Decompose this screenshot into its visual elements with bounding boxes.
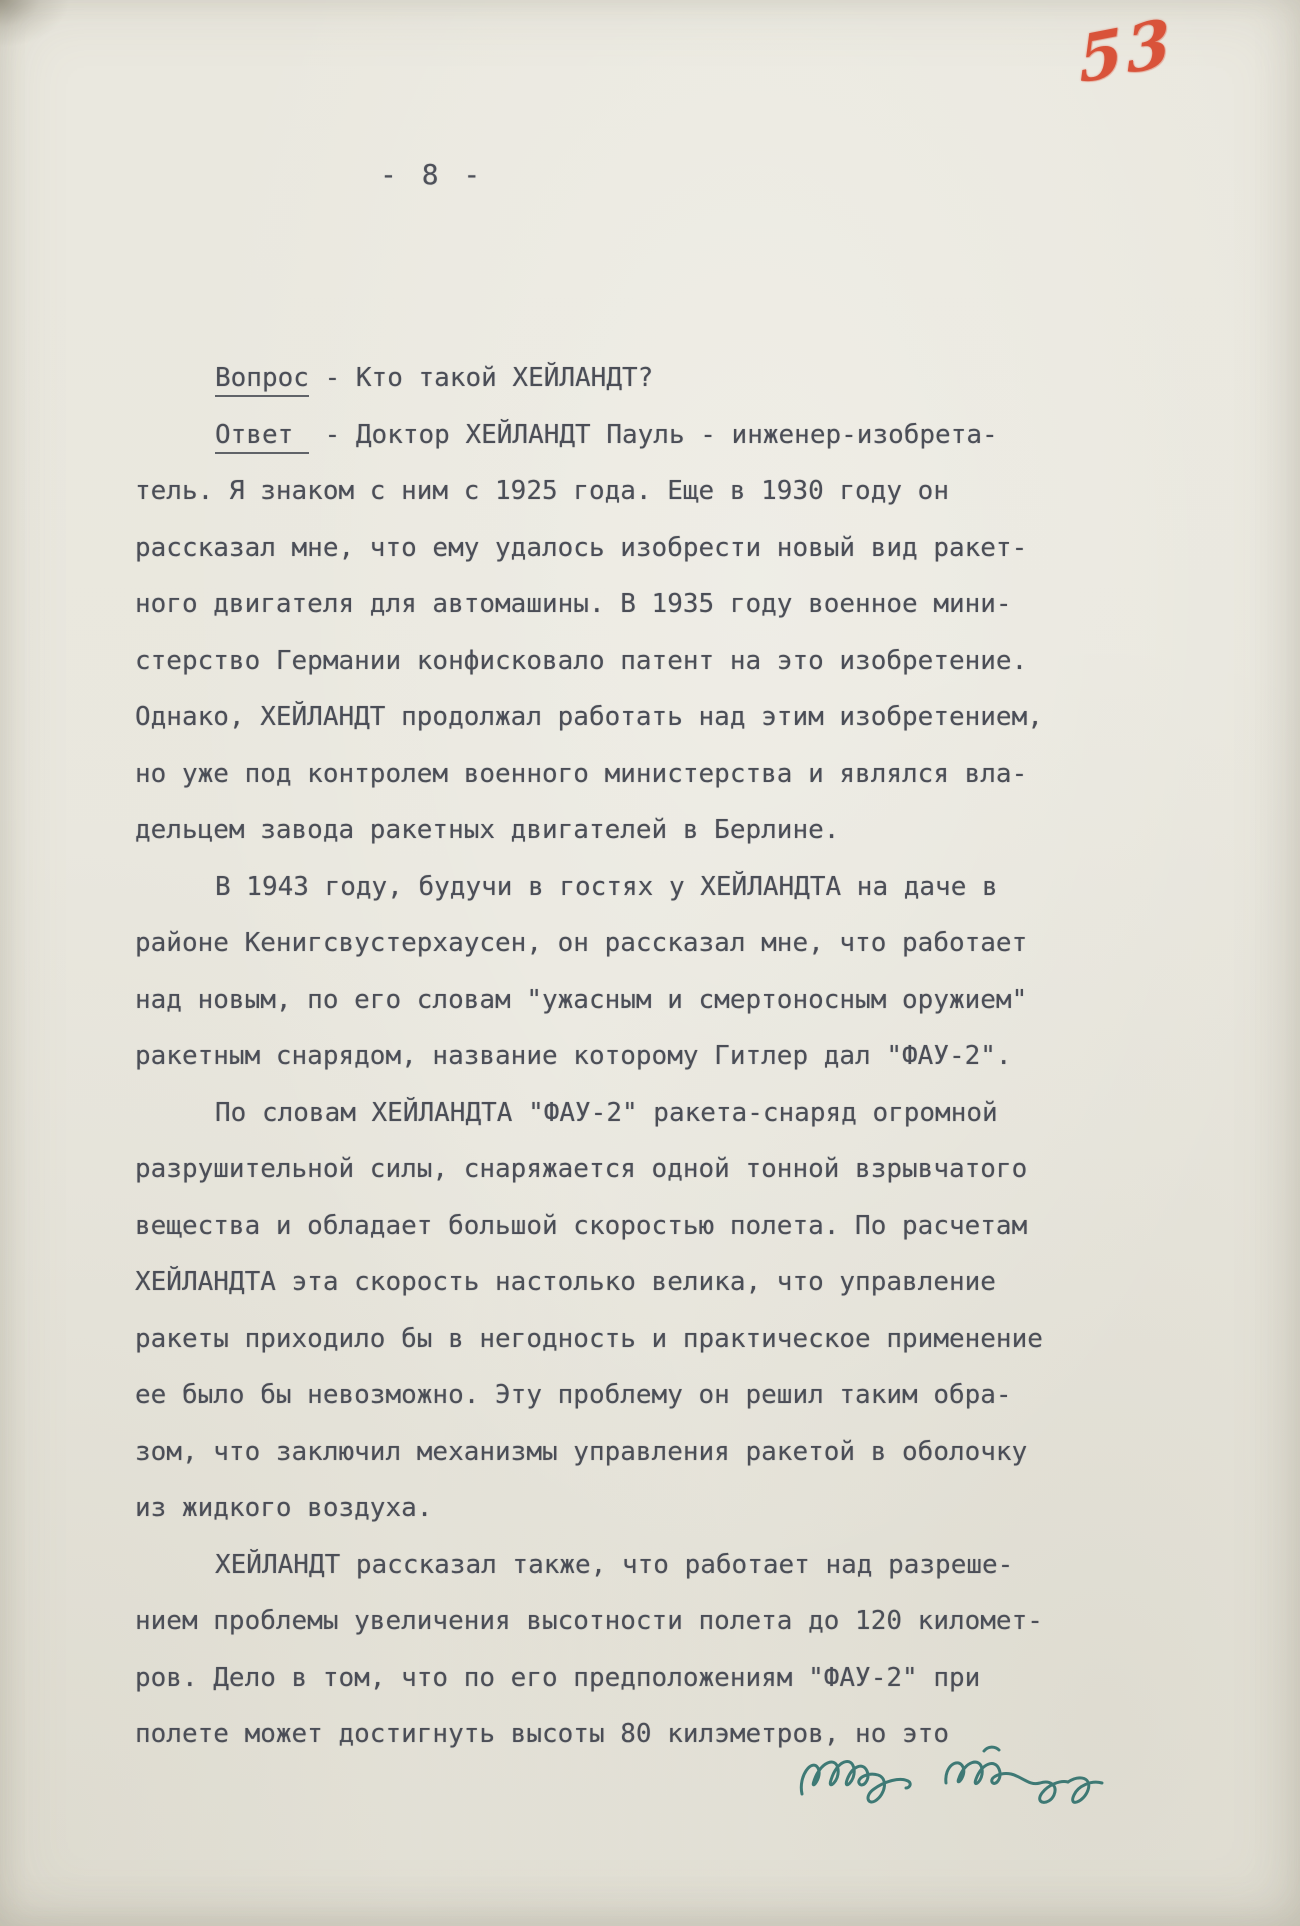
text-run: районе Кенигсвустерхаусен, он рассказал … xyxy=(135,928,1027,958)
text-line: из жидкого воздуха. xyxy=(135,1480,1085,1537)
text-run: ХЕЙЛАНДТА эта скорость настолько велика,… xyxy=(135,1267,996,1297)
handwritten-page-number: 53 xyxy=(1077,4,1176,98)
typewritten-text: Вопрос - Кто такой ХЕЙЛАНДТ?Ответ - Докт… xyxy=(135,350,1085,1763)
text-run: разрушительной силы, снаряжается одной т… xyxy=(135,1154,1027,1184)
text-line: По словам ХЕЙЛАНДТА "ФАУ-2" ракета-снаря… xyxy=(135,1085,1085,1142)
text-line: Вопрос - Кто такой ХЕЙЛАНДТ? xyxy=(135,350,1085,407)
text-run: В 1943 году, будучи в гостях у ХЕЙЛАНДТА… xyxy=(215,872,998,902)
text-run: Однако, ХЕЙЛАНДТ продолжал работать над … xyxy=(135,702,1043,732)
text-run: но уже под контролем военного министерст… xyxy=(135,759,1027,789)
text-run: ного двигателя для автомашины. В 1935 го… xyxy=(135,589,1012,619)
text-run: из жидкого воздуха. xyxy=(135,1493,432,1523)
text-line: ного двигателя для автомашины. В 1935 го… xyxy=(135,576,1085,633)
text-line: ХЕЙЛАНДТ рассказал также, что работает н… xyxy=(135,1537,1085,1594)
text-line: ракеты приходило бы в негодность и практ… xyxy=(135,1311,1085,1368)
text-line: В 1943 году, будучи в гостях у ХЕЙЛАНДТА… xyxy=(135,859,1085,916)
text-line: районе Кенигсвустерхаусен, он рассказал … xyxy=(135,915,1085,972)
text-run: над новым, по его словам "ужасным и смер… xyxy=(135,985,1027,1015)
text-line: но уже под контролем военного министерст… xyxy=(135,746,1085,803)
page-number: - 8 - xyxy=(380,158,484,191)
text-run: По словам ХЕЙЛАНДТА "ФАУ-2" ракета-снаря… xyxy=(215,1098,998,1128)
text-line: тель. Я знаком с ним с 1925 года. Еще в … xyxy=(135,463,1085,520)
text-run: дельцем завода ракетных двигателей в Бер… xyxy=(135,815,839,845)
text-line: вещества и обладает большой скоростью по… xyxy=(135,1198,1085,1255)
text-run: рассказал мне, что ему удалось изобрести… xyxy=(135,533,1027,563)
text-run: ракеты приходило бы в негодность и практ… xyxy=(135,1324,1043,1354)
text-line: над новым, по его словам "ужасным и смер… xyxy=(135,972,1085,1029)
text-line: ров. Дело в том, что по его предположени… xyxy=(135,1650,1085,1707)
text-line: разрушительной силы, снаряжается одной т… xyxy=(135,1141,1085,1198)
text-line: зом, что заключил механизмы управления р… xyxy=(135,1424,1085,1481)
page-corner-shadow xyxy=(0,0,70,48)
text-run: ХЕЙЛАНДТ рассказал также, что работает н… xyxy=(215,1550,1013,1580)
text-line: ее было бы невозможно. Эту проблему он р… xyxy=(135,1367,1085,1424)
text-line: стерство Германии конфисковало патент на… xyxy=(135,633,1085,690)
document-page: 53 - 8 - Вопрос - Кто такой ХЕЙЛАНДТ?Отв… xyxy=(0,0,1300,1926)
underlined-word: Вопрос xyxy=(215,363,309,397)
text-line: Ответ - Доктор ХЕЙЛАНДТ Пауль - инженер-… xyxy=(135,407,1085,464)
text-line: ракетным снарядом, название которому Гит… xyxy=(135,1028,1085,1085)
text-run: нием проблемы увеличения высотности поле… xyxy=(135,1606,1043,1636)
text-run: - Кто такой ХЕЙЛАНДТ? xyxy=(309,363,653,393)
text-run: тель. Я знаком с ним с 1925 года. Еще в … xyxy=(135,476,949,506)
text-run: вещества и обладает большой скоростью по… xyxy=(135,1211,1027,1241)
text-run: ракетным снарядом, название которому Гит… xyxy=(135,1041,1012,1071)
text-run: стерство Германии конфисковало патент на… xyxy=(135,646,1027,676)
text-line: рассказал мне, что ему удалось изобрести… xyxy=(135,520,1085,577)
text-line: дельцем завода ракетных двигателей в Бер… xyxy=(135,802,1085,859)
text-run: ее было бы невозможно. Эту проблему он р… xyxy=(135,1380,1012,1410)
text-line: Однако, ХЕЙЛАНДТ продолжал работать над … xyxy=(135,689,1085,746)
text-line: нием проблемы увеличения высотности поле… xyxy=(135,1593,1085,1650)
text-run: ров. Дело в том, что по его предположени… xyxy=(135,1663,980,1693)
text-run: зом, что заключил механизмы управления р… xyxy=(135,1437,1027,1467)
underlined-word: Ответ xyxy=(215,420,309,454)
signature xyxy=(796,1736,1116,1836)
text-run: - Доктор ХЕЙЛАНДТ Пауль - инженер-изобре… xyxy=(309,420,998,450)
text-line: ХЕЙЛАНДТА эта скорость настолько велика,… xyxy=(135,1254,1085,1311)
